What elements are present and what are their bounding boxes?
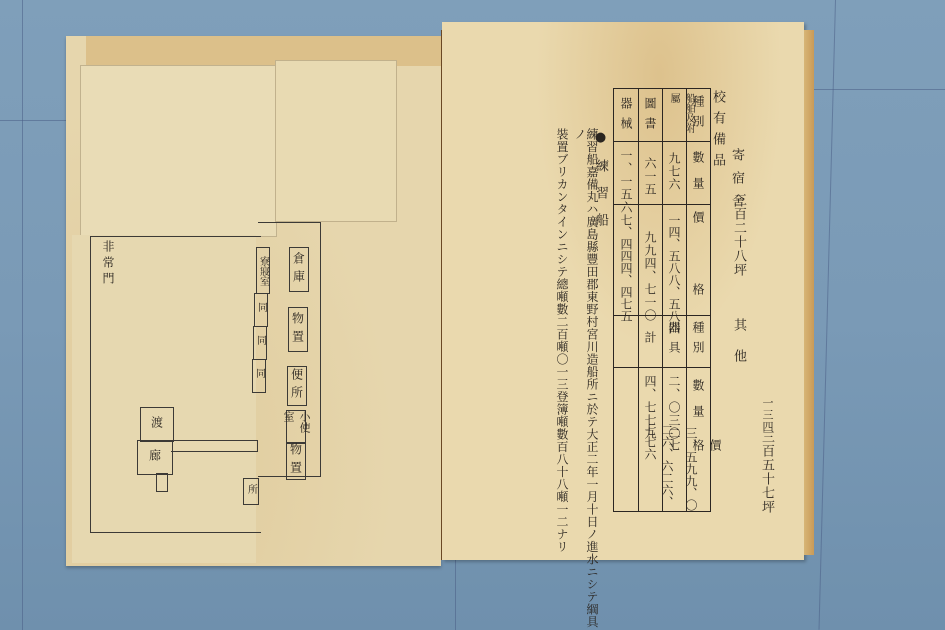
room-dorm: 寮寢室 (256, 247, 270, 294)
room-toilet-partial: 所 (243, 478, 259, 505)
section-title: 校有備品 (711, 90, 724, 174)
row-tools-kind: 器具 (666, 321, 683, 361)
plan-outer-wall (90, 236, 261, 533)
row-books-price: 九九四、七一〇 (642, 231, 659, 322)
row-machinery-quantity: 一、一五六 (618, 149, 635, 214)
room-toilet: 便所 (287, 366, 307, 406)
table-divider (614, 141, 710, 142)
header-quantity: 數量 (690, 151, 707, 203)
other-label: 其他 (732, 318, 745, 380)
dormitory-area: 三百二十八坪 (732, 193, 745, 277)
mat-grid-line (455, 560, 456, 630)
row-books-quantity: 六一五 (642, 157, 659, 196)
other-area: 三百五十七坪 (760, 430, 773, 514)
row-machinery-price: 七、四四四、四七五 (618, 214, 635, 322)
foldout-sheet-1 (80, 65, 277, 237)
room-partial-1: 同 (254, 293, 268, 327)
foldout-sheet-2 (275, 60, 397, 222)
room-warehouse: 倉庫 (289, 247, 309, 292)
mat-grid-line (0, 120, 66, 121)
corridor-box-1: 渡 (140, 407, 174, 442)
room-storage-1: 物置 (288, 307, 308, 352)
room-storage-2: 物置 (286, 442, 306, 480)
corridor-passage (171, 440, 258, 452)
row-ship-quantity: 九七六 (666, 152, 683, 191)
row-total-price: 二六、六二六、七七六 (642, 424, 676, 511)
training-ship-text-1: 練習船嘉備丸ハ廣島縣豐田郡東野村宮川造船所ニ於テ大正二年一月十日ノ進水ニシテ綱具… (574, 128, 598, 630)
training-ship-text-2: 裝置ブリカンタインニシテ總噸數二百噸〇一三登簿噸數百八十八噸一二ナリ (556, 128, 568, 553)
row-total-kind: 計 (642, 331, 659, 344)
mat-grid-line (800, 89, 945, 90)
corridor-box-2: 廊 (137, 440, 173, 475)
room-partial-3: 同 (252, 359, 266, 393)
header-quantity-2: 數量 (690, 379, 707, 431)
equipment-table: 種別 數量 價格 船舶及附屬 九七六 一四、五八八、五八四 圖書 六一五 九九四… (613, 88, 711, 512)
room-servant: 小使室 (286, 410, 306, 444)
row-ship-kind: 船舶及附屬 (666, 93, 696, 141)
mat-grid-line (819, 0, 836, 630)
header-kind-2: 種別 (690, 321, 707, 361)
mat-grid-line (22, 0, 23, 630)
page-stack-edge (804, 30, 814, 555)
corridor-stub (156, 473, 168, 492)
row-ship-price: 一四、五八八、五八四 (666, 214, 683, 334)
page-number: 一三四 (762, 397, 773, 433)
row-books-kind: 圖書 (642, 97, 659, 137)
row-machinery-kind: 器械 (618, 97, 635, 137)
table-divider (614, 367, 710, 368)
room-partial-2: 同 (253, 326, 267, 360)
label-emergency-gate: 非常門 (102, 240, 114, 288)
table-divider (638, 89, 639, 511)
